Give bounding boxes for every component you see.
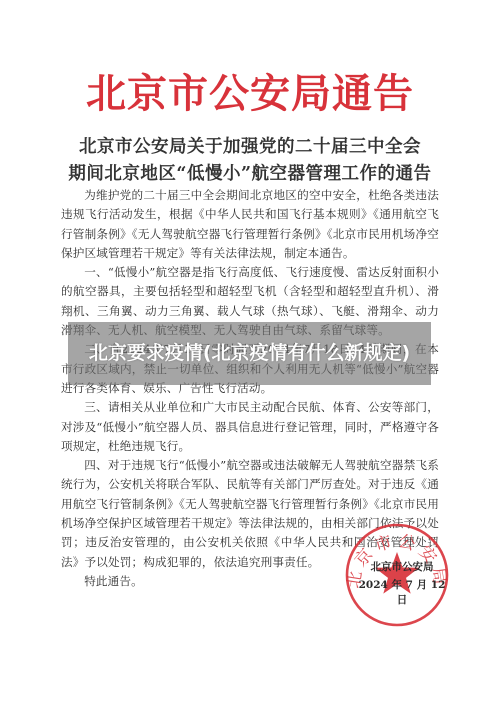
document-subtitle-line-1: 北京市公安局关于加强党的二十届三中全会 bbox=[0, 133, 500, 158]
overlay-caption-banner: 北京要求疫情(北京疫情有什么新规定) bbox=[68, 322, 431, 385]
signature-organization: 北京市公安局 bbox=[352, 559, 452, 574]
official-seal-icon: 北京市公安局 bbox=[344, 522, 450, 628]
document-subtitle-line-2: 期间北京地区“低慢小”航空器管理工作的通告 bbox=[0, 160, 500, 185]
overlay-caption: 北京要求疫情(北京疫情有什么新规定) bbox=[89, 341, 410, 366]
paragraph-preamble: 为维护党的二十届三中全会期间北京地区的空中安全，杜绝各类违法违规飞行活动发生，根… bbox=[61, 186, 439, 263]
signature-date: 2024 年 7 月 12 日 bbox=[352, 577, 452, 607]
paragraph-section-3: 三、请相关从业单位和广大市民主动配合民航、体育、公安等部门，对涉及“低慢小”航空… bbox=[61, 398, 439, 456]
document-header: 北京市公安局通告 bbox=[0, 62, 500, 119]
